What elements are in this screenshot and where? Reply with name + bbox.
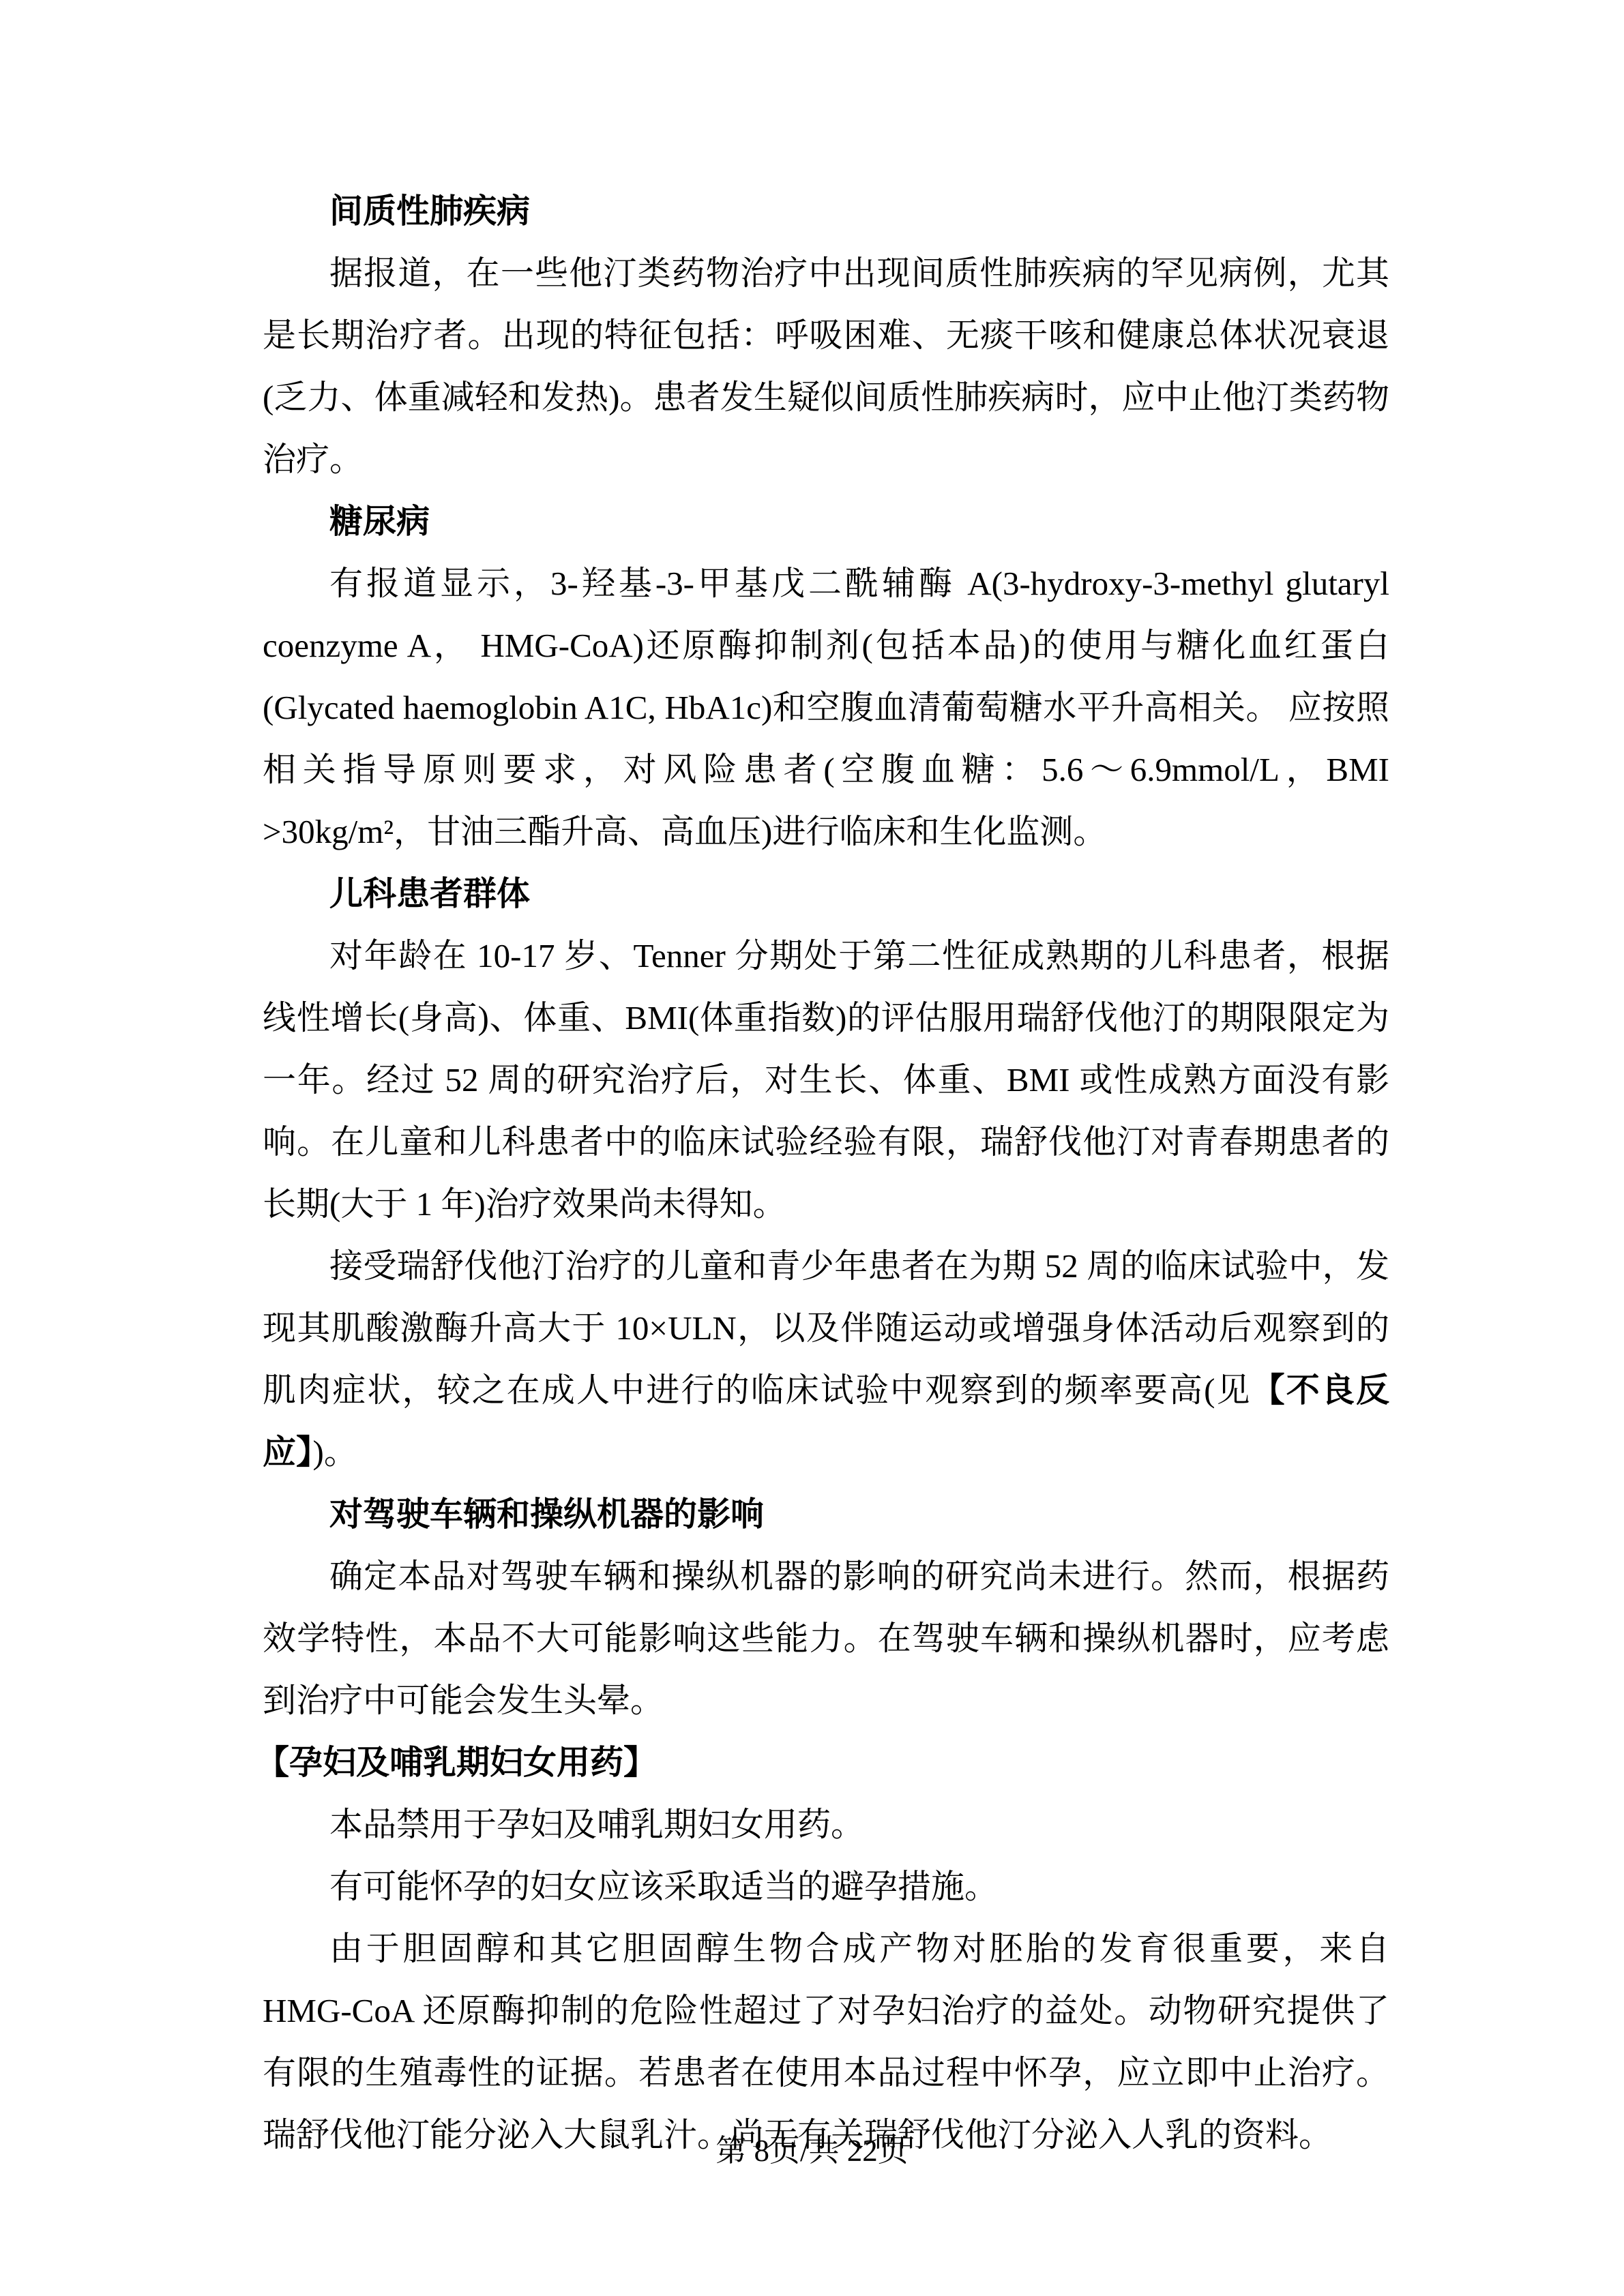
paragraph-pediatric-patients-1: 对年龄在 10-17 岁、Tenner 分期处于第二性征成熟期的儿科患者，根据线… <box>263 925 1389 1235</box>
paragraph-interstitial-lung-disease: 据报道，在一些他汀类药物治疗中出现间质性肺疾病的罕见病例，尤其是长期治疗者。出现… <box>263 242 1389 490</box>
section-diabetes: 糖尿病 有报道显示，3-羟基-3-甲基戊二酰辅酶 A(3-hydroxy-3-m… <box>263 490 1389 863</box>
heading-driving-machinery: 对驾驶车辆和操纵机器的影响 <box>263 1483 1389 1545</box>
section-pediatric-patients: 儿科患者群体 对年龄在 10-17 岁、Tenner 分期处于第二性征成熟期的儿… <box>263 863 1389 1483</box>
page-number-indicator: 第 8页/共 22页 <box>715 2134 909 2168</box>
paragraph-pregnancy-lactation-2: 有可能怀孕的妇女应该采取适当的避孕措施。 <box>263 1855 1389 1918</box>
document-page: 间质性肺疾病 据报道，在一些他汀类药物治疗中出现间质性肺疾病的罕见病例，尤其是长… <box>0 0 1624 2296</box>
section-pregnancy-lactation: 【孕妇及哺乳期妇女用药】 本品禁用于孕妇及哺乳期妇女用药。 有可能怀孕的妇女应该… <box>263 1731 1389 2166</box>
paragraph-pregnancy-lactation-1: 本品禁用于孕妇及哺乳期妇女用药。 <box>263 1793 1389 1855</box>
heading-pregnancy-lactation: 【孕妇及哺乳期妇女用药】 <box>256 1731 1389 1793</box>
paragraph-diabetes: 有报道显示，3-羟基-3-甲基戊二酰辅酶 A(3-hydroxy-3-methy… <box>263 552 1389 863</box>
paragraph-pediatric-patients-2: 接受瑞舒伐他汀治疗的儿童和青少年患者在为期 52 周的临床试验中，发现其肌酸激酶… <box>263 1235 1389 1483</box>
page-footer: 第 8页/共 22页 <box>0 2129 1624 2173</box>
paragraph-text-before-reference: 接受瑞舒伐他汀治疗的儿童和青少年患者在为期 52 周的临床试验中，发现其肌酸激酶… <box>263 1247 1389 1409</box>
section-driving-machinery: 对驾驶车辆和操纵机器的影响 确定本品对驾驶车辆和操纵机器的影响的研究尚未进行。然… <box>263 1483 1389 1731</box>
paragraph-text-after-reference: )。 <box>313 1433 357 1471</box>
heading-diabetes: 糖尿病 <box>263 490 1389 552</box>
heading-pediatric-patients: 儿科患者群体 <box>263 863 1389 925</box>
section-interstitial-lung-disease: 间质性肺疾病 据报道，在一些他汀类药物治疗中出现间质性肺疾病的罕见病例，尤其是长… <box>263 180 1389 490</box>
heading-interstitial-lung-disease: 间质性肺疾病 <box>263 180 1389 242</box>
paragraph-driving-machinery: 确定本品对驾驶车辆和操纵机器的影响的研究尚未进行。然而，根据药效学特性，本品不大… <box>263 1545 1389 1731</box>
document-body: 间质性肺疾病 据报道，在一些他汀类药物治疗中出现间质性肺疾病的罕见病例，尤其是长… <box>263 180 1389 2166</box>
